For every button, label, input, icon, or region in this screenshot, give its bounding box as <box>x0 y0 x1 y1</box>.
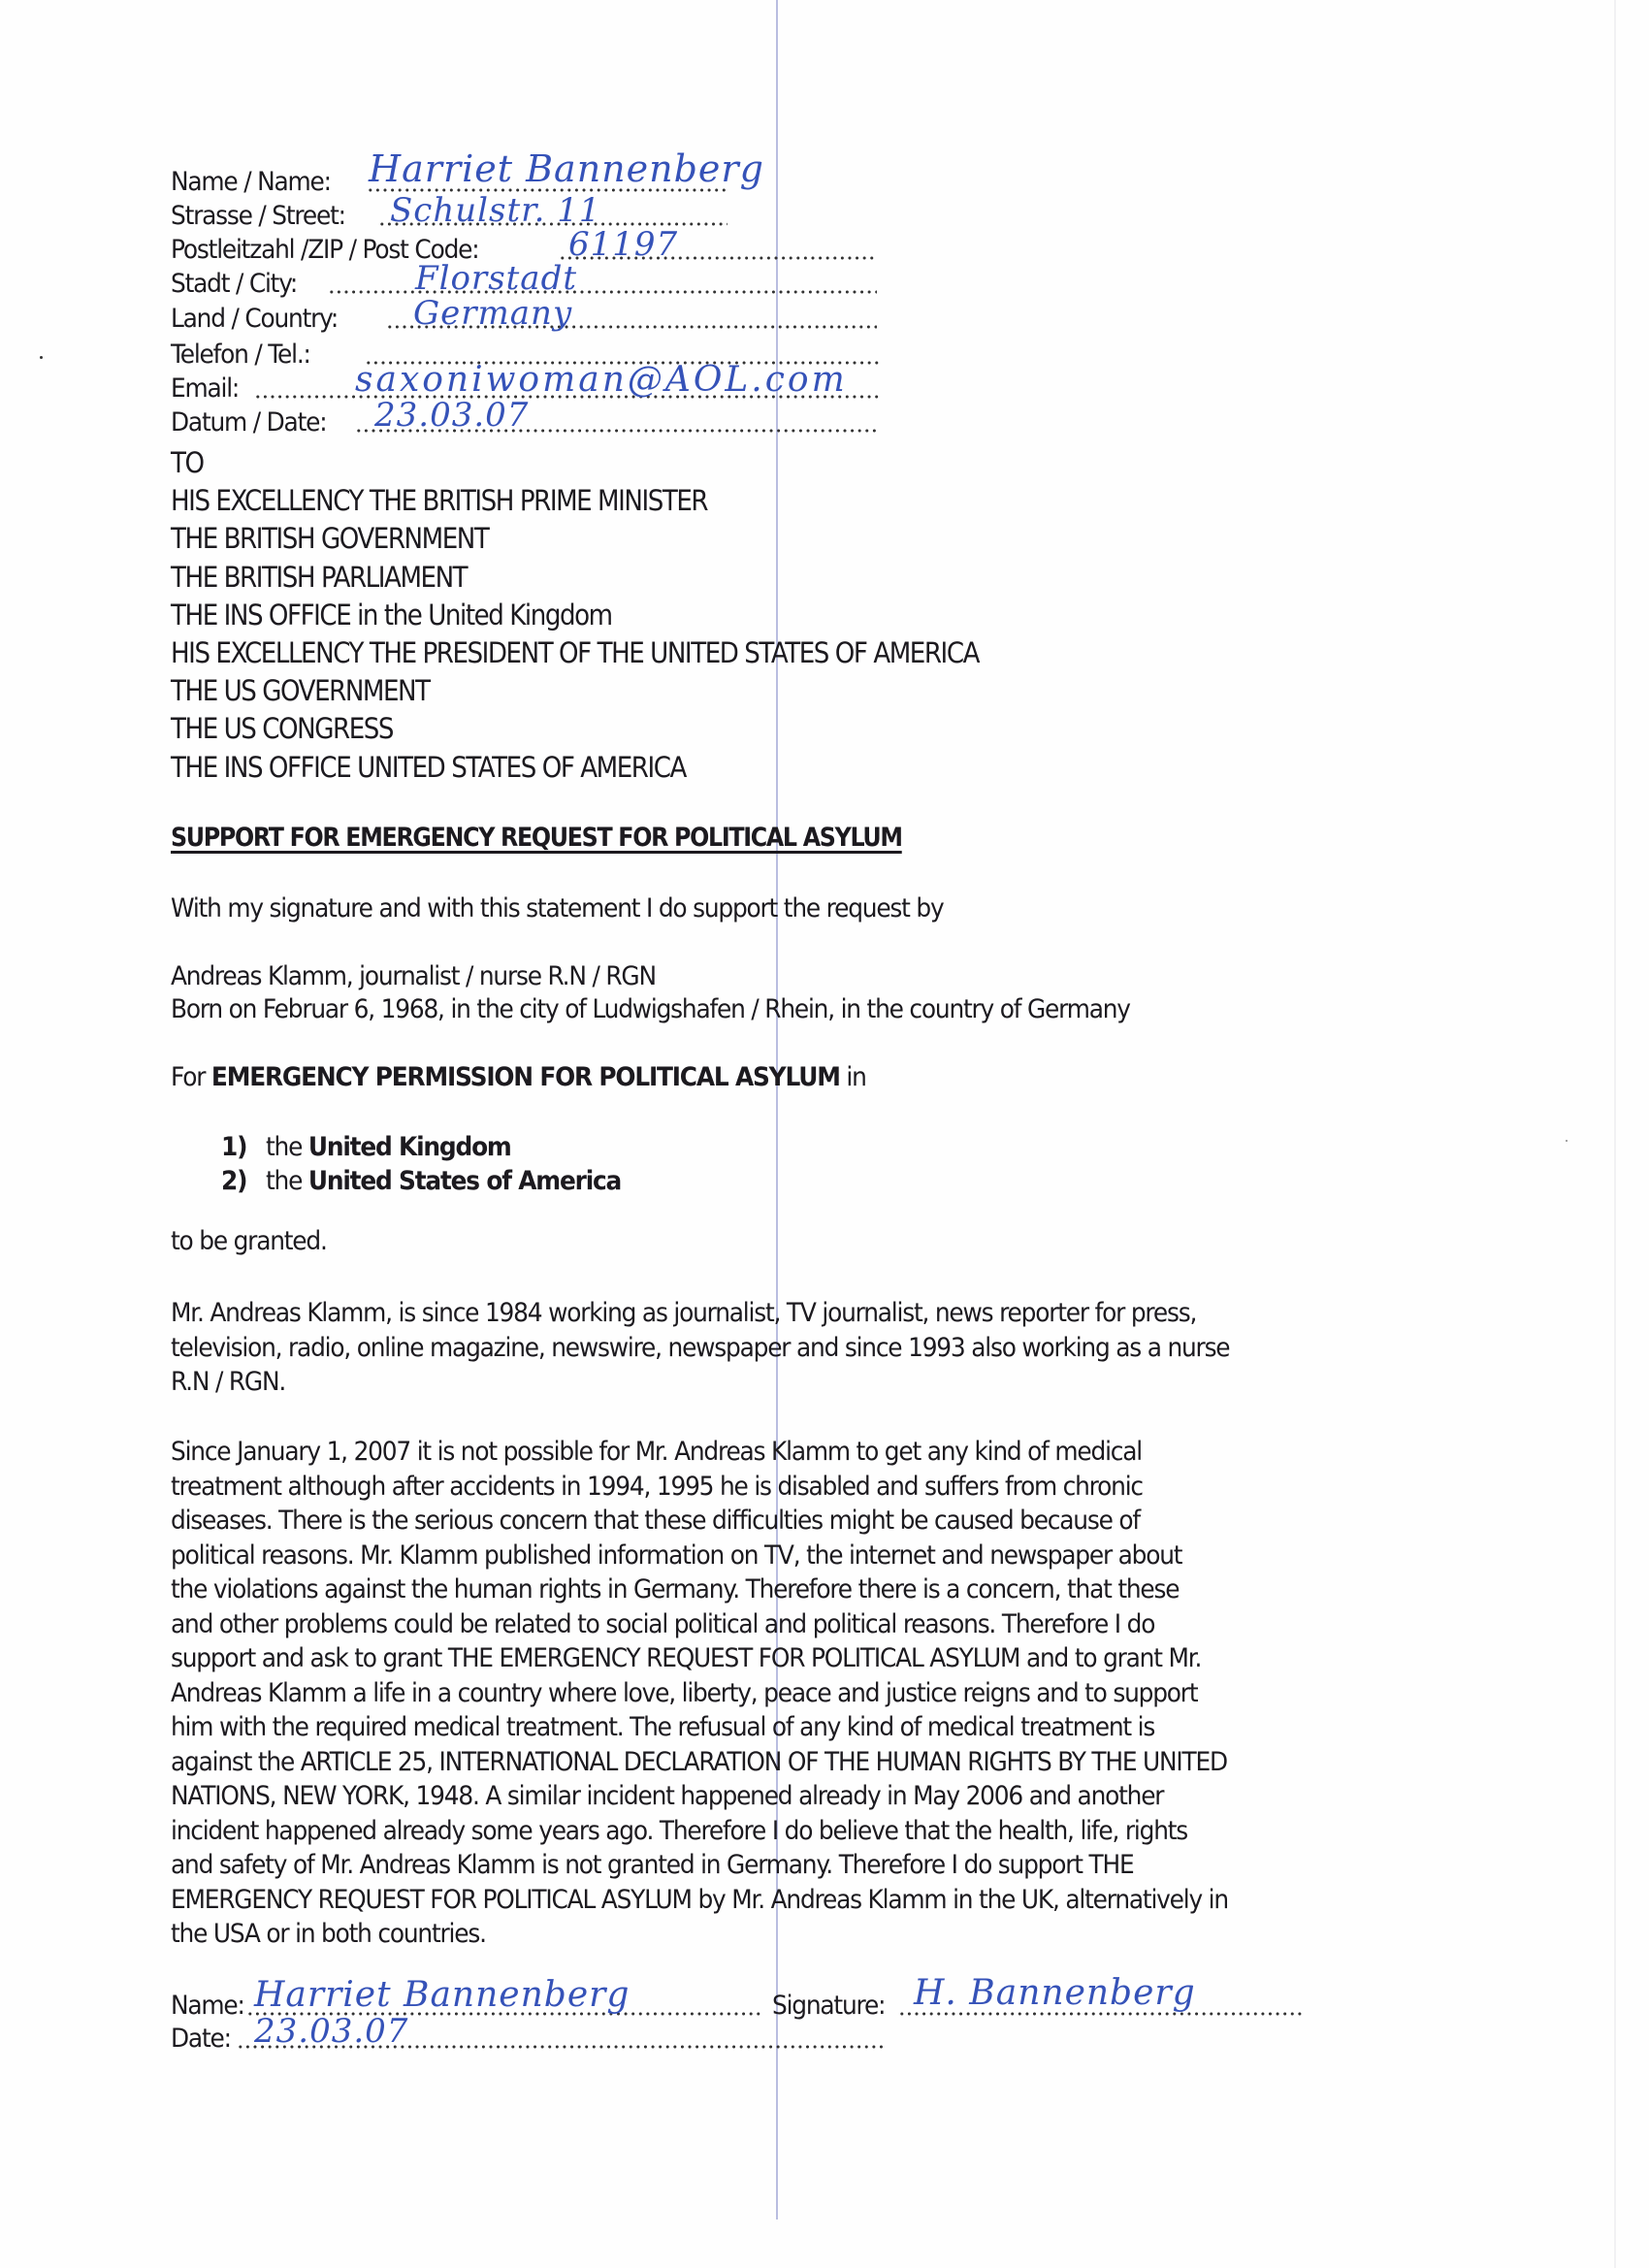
paragraph-line: and other problems could be related to s… <box>171 1607 1331 1642</box>
date-label: Datum / Date: <box>171 407 326 437</box>
city-value[interactable]: Florstadt <box>415 259 577 298</box>
country-list: 1)the United Kingdom 2)the United States… <box>221 1130 656 1198</box>
request-line: For EMERGENCY PERMISSION FOR POLITICAL A… <box>171 1061 866 1094</box>
signer-date-label: Date: <box>171 2024 231 2054</box>
intro-statement: With my signature and with this statemen… <box>171 892 944 925</box>
paragraph-line: and safety of Mr. Andreas Klamm is not g… <box>171 1848 1331 1883</box>
signature-value[interactable]: H. Bannenberg <box>914 1973 1196 2013</box>
signer-name-value[interactable]: Harriet Bannenberg <box>254 1975 630 2015</box>
signature-label: Signature: <box>772 1991 885 2021</box>
paragraph-line: against the ARTICLE 25, INTERNATIONAL DE… <box>171 1745 1331 1780</box>
postcode-value[interactable]: 61197 <box>568 225 678 264</box>
recipient-line: THE BRITISH GOVERNMENT <box>171 520 979 558</box>
document-heading: SUPPORT FOR EMERGENCY REQUEST FOR POLITI… <box>171 823 902 853</box>
paragraph-line: treatment although after accidents in 19… <box>171 1470 1331 1505</box>
paragraph-medical: Since January 1, 2007 it is not possible… <box>171 1435 1331 1952</box>
person-name-line: Andreas Klamm, journalist / nurse R.N / … <box>171 960 656 993</box>
paragraph-line: Since January 1, 2007 it is not possible… <box>171 1435 1331 1470</box>
paragraph-line: the violations against the human rights … <box>171 1572 1331 1607</box>
recipient-line: THE US GOVERNMENT <box>171 672 979 710</box>
paragraph-line: R.N / RGN. <box>171 1365 1331 1400</box>
email-field[interactable]: Email: saxoniwoman@AOL.com <box>171 373 244 406</box>
list-prefix: the <box>266 1166 308 1196</box>
request-prefix: For <box>171 1062 211 1092</box>
recipient-line: THE INS OFFICE in the United Kingdom <box>171 597 979 634</box>
paragraph-line: incident happened already some years ago… <box>171 1814 1331 1849</box>
date-value[interactable]: 23.03.07 <box>374 396 529 435</box>
list-item: 2)the United States of America <box>221 1164 621 1198</box>
street-label: Strasse / Street: <box>171 201 345 231</box>
street-field[interactable]: Strasse / Street: Schulstr. 11 <box>171 201 360 234</box>
list-item: 1)the United Kingdom <box>221 1130 621 1164</box>
email-label: Email: <box>171 373 239 404</box>
signer-name-field[interactable]: Name: Harriet Bannenberg <box>171 1991 250 2024</box>
country-name: United Kingdom <box>308 1132 511 1162</box>
recipient-line: THE INS OFFICE UNITED STATES OF AMERICA <box>171 749 979 787</box>
signer-date-value[interactable]: 23.03.07 <box>254 2012 408 2051</box>
dotted-line <box>328 290 877 294</box>
list-prefix: the <box>266 1132 308 1162</box>
list-number: 1) <box>221 1130 266 1164</box>
paragraph-line: support and ask to grant THE EMERGENCY R… <box>171 1641 1331 1676</box>
recipient-line: HIS EXCELLENCY THE PRESIDENT OF THE UNIT… <box>171 634 979 672</box>
name-label: Name / Name: <box>171 167 331 197</box>
recipient-line: THE BRITISH PARLIAMENT <box>171 559 979 597</box>
signer-date-field[interactable]: Date: 23.03.07 <box>171 2024 236 2057</box>
recipient-line: HIS EXCELLENCY THE BRITISH PRIME MINISTE… <box>171 482 979 520</box>
paragraph-line: television, radio, online magazine, news… <box>171 1331 1331 1366</box>
city-label: Stadt / City: <box>171 269 297 299</box>
paragraph-background: Mr. Andreas Klamm, is since 1984 working… <box>171 1296 1331 1400</box>
list-number: 2) <box>221 1164 266 1198</box>
signer-name-label: Name: <box>171 1991 244 2021</box>
request-bold: EMERGENCY PERMISSION FOR POLITICAL ASYLU… <box>211 1062 840 1092</box>
paragraph-line: him with the required medical treatment.… <box>171 1710 1331 1745</box>
recipient-line: THE US CONGRESS <box>171 710 979 748</box>
name-field[interactable]: Name / Name: Harriet Bannenberg <box>171 167 344 200</box>
paragraph-line: political reasons. Mr. Klamm published i… <box>171 1539 1331 1573</box>
paragraph-line: EMERGENCY REQUEST FOR POLITICAL ASYLUM b… <box>171 1883 1331 1918</box>
paragraph-line: Andreas Klamm a life in a country where … <box>171 1676 1331 1711</box>
scan-speck <box>40 356 43 359</box>
country-label: Land / Country: <box>171 304 338 334</box>
paragraph-line: diseases. There is the serious concern t… <box>171 1504 1331 1539</box>
street-value[interactable]: Schulstr. 11 <box>390 191 601 230</box>
signature-field[interactable]: Signature: H. Bannenberg <box>772 1991 894 2024</box>
paragraph-line: Mr. Andreas Klamm, is since 1984 working… <box>171 1296 1331 1331</box>
recipients-intro: TO <box>171 444 979 482</box>
scan-edge-line <box>1614 0 1616 2268</box>
phone-label: Telefon / Tel.: <box>171 340 310 370</box>
document-page: Name / Name: Harriet Bannenberg Strasse … <box>0 0 1649 2268</box>
phone-field[interactable]: Telefon / Tel.: <box>171 340 322 373</box>
recipients-block: TO HIS EXCELLENCY THE BRITISH PRIME MINI… <box>171 444 1069 787</box>
paragraph-line: NATIONS, NEW YORK, 1948. A similar incid… <box>171 1779 1331 1814</box>
date-field[interactable]: Datum / Date: 23.03.07 <box>171 407 339 440</box>
country-name: United States of America <box>308 1166 621 1196</box>
scan-speck <box>1566 1140 1568 1142</box>
email-value[interactable]: saxoniwoman@AOL.com <box>355 360 848 400</box>
name-value[interactable]: Harriet Bannenberg <box>369 147 764 190</box>
paragraph-line: the USA or in both countries. <box>171 1917 1331 1952</box>
country-field[interactable]: Land / Country: Germany <box>171 304 352 337</box>
granted-line: to be granted. <box>171 1225 327 1258</box>
city-field[interactable]: Stadt / City: Florstadt <box>171 269 307 302</box>
person-birth-line: Born on Februar 6, 1968, in the city of … <box>171 993 1130 1026</box>
request-suffix: in <box>840 1062 866 1092</box>
country-value[interactable]: Germany <box>413 294 572 333</box>
